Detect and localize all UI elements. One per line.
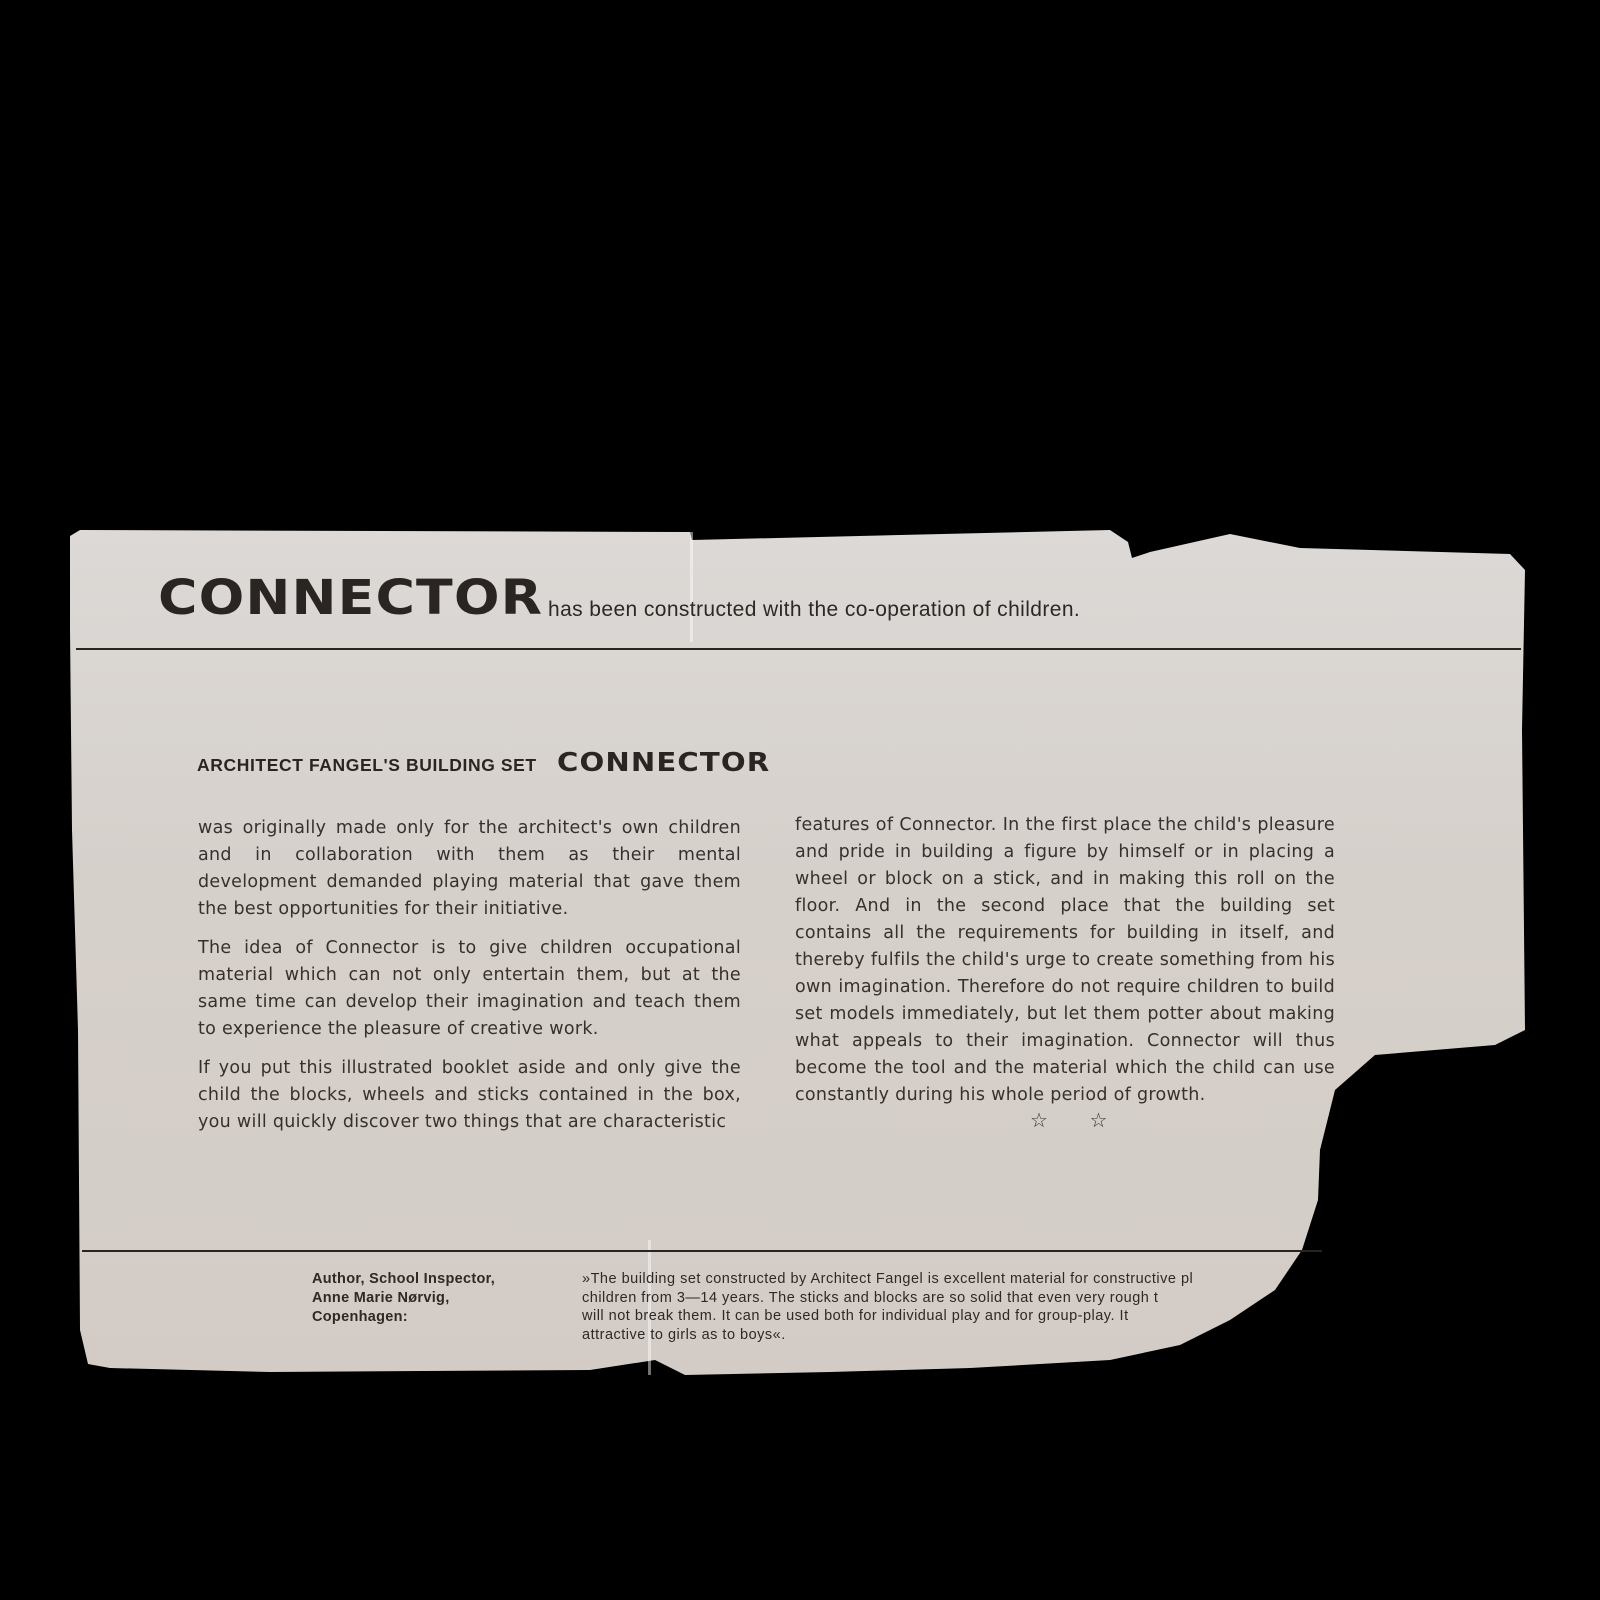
bottom-divider <box>82 1250 1322 1252</box>
paragraph: The idea of Connector is to give childre… <box>198 935 741 1043</box>
footer-quote: »The building set constructed by Archite… <box>582 1270 1342 1344</box>
quote-line: attractive to girls as to boys«. <box>582 1326 1342 1345</box>
heading-brand-logo: CONNECTOR <box>557 748 770 778</box>
paragraph: features of Connector. In the first plac… <box>795 812 1335 1109</box>
top-tagline: has been constructed with the co-operati… <box>548 598 1080 622</box>
top-divider <box>76 648 1521 650</box>
author-line: Author, School Inspector, <box>312 1270 495 1289</box>
author-line: Copenhagen: <box>312 1308 495 1327</box>
footer-author: Author, School Inspector, Anne Marie Nør… <box>312 1270 495 1327</box>
left-column: was originally made only for the archite… <box>198 815 741 1148</box>
paper-crease <box>690 532 693 642</box>
section-heading: ARCHITECT FANGEL'S BUILDING SET CONNECTO… <box>197 748 747 778</box>
quote-line: »The building set constructed by Archite… <box>582 1270 1342 1289</box>
quote-line: will not break them. It can be used both… <box>582 1307 1342 1326</box>
author-line: Anne Marie Nørvig, <box>312 1289 495 1308</box>
brand-logo: CONNECTOR <box>158 574 543 622</box>
star-ornament: ☆ ☆ <box>1030 1108 1125 1133</box>
right-column: features of Connector. In the first plac… <box>795 812 1335 1121</box>
heading-prefix: ARCHITECT FANGEL'S BUILDING SET <box>197 755 537 776</box>
paragraph: If you put this illustrated booklet asid… <box>198 1055 741 1136</box>
quote-line: children from 3—14 years. The sticks and… <box>582 1289 1342 1308</box>
paragraph: was originally made only for the archite… <box>198 815 741 923</box>
